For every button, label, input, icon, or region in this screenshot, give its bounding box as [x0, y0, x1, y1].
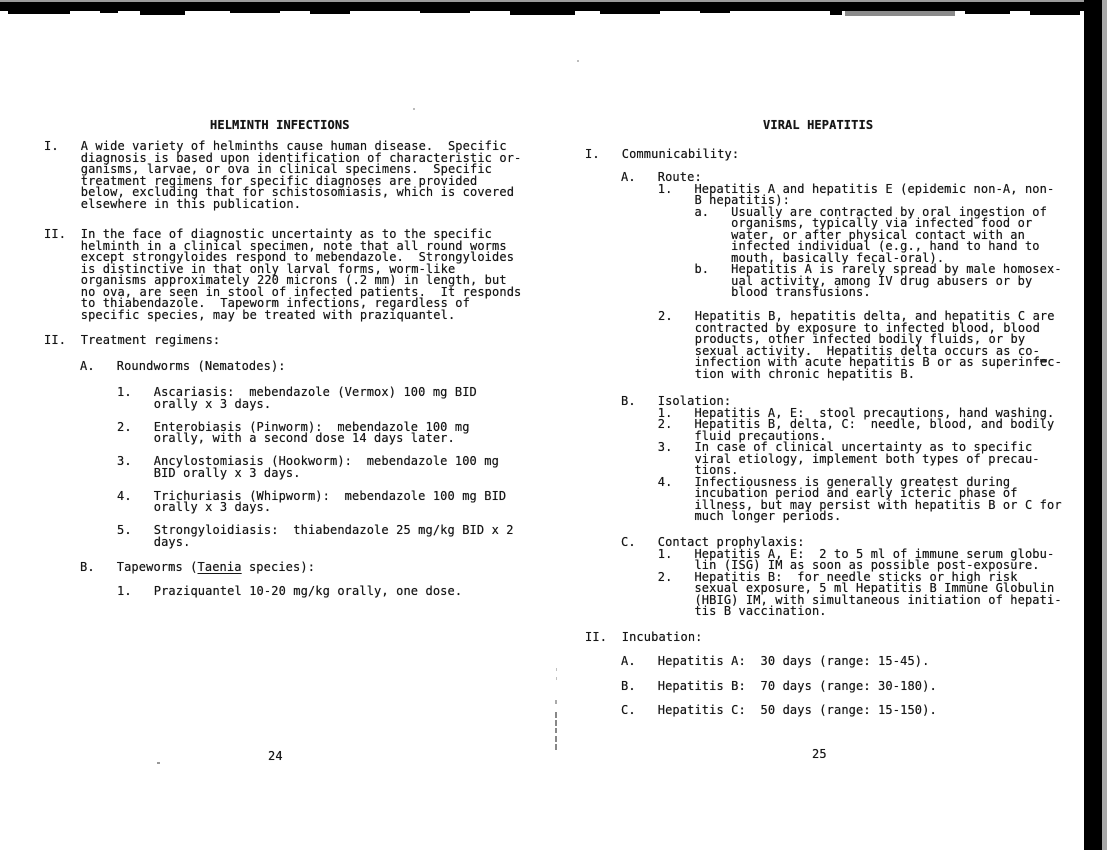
scan-artifact-right-black-bar	[1084, 0, 1102, 850]
scan-artifact-band-tooth	[600, 11, 660, 14]
tapeworms-heading: B. Tapeworms (Taenia species):	[80, 562, 315, 574]
scan-artifact-band-tooth	[510, 11, 575, 15]
right-page-number: 25	[812, 749, 827, 761]
scan-artifact-right-gray-edge	[1102, 0, 1107, 850]
incubation-hepatitis-a: A. Hepatitis A: 30 days (range: 15-45).	[621, 656, 929, 668]
left-page-title: HELMINTH INFECTIONS	[210, 120, 350, 132]
scan-artifact-gutter-dash	[556, 668, 557, 671]
isolation-section: B. Isolation: 1. Hepatitis A, E: stool p…	[621, 396, 1062, 523]
tapeworms-genus-underlined: Taenia	[198, 560, 242, 574]
route-section: A. Route: 1. Hepatitis A and hepatitis E…	[621, 172, 1062, 299]
right-page-title: VIRAL HEPATITIS	[763, 120, 873, 132]
helminth-intro-section: I. A wide variety of helminths cause hum…	[44, 141, 521, 210]
scan-artifact-speck	[577, 60, 579, 62]
scan-artifact-gutter-dash	[555, 720, 557, 726]
scan-artifact-speck	[157, 762, 160, 764]
roundworms-heading: A. Roundworms (Nematodes):	[80, 361, 286, 373]
scan-artifact-band-gray-patch	[845, 11, 955, 16]
scanned-book-spread: { "colors": { "paper": "#ffffff", "ink":…	[0, 0, 1107, 850]
scan-artifact-gutter-dash	[555, 712, 557, 718]
left-page-number: 24	[268, 751, 283, 763]
roundworms-item-list: 1. Ascariasis: mebendazole (Vermox) 100 …	[117, 387, 514, 548]
contact-prophylaxis-section: C. Contact prophylaxis: 1. Hepatitis A, …	[621, 537, 1062, 618]
incubation-hepatitis-c: C. Hepatitis C: 50 days (range: 15-150).	[621, 705, 937, 717]
scan-artifact-gutter-dash	[555, 700, 557, 704]
scan-artifact-gutter-dash	[555, 744, 557, 750]
scan-artifact-band-tooth	[8, 11, 70, 14]
scan-artifact-band-tooth	[140, 11, 185, 15]
scan-artifact-speck	[413, 108, 415, 110]
tapeworms-item: 1. Praziquantel 10-20 mg/kg orally, one …	[117, 586, 462, 598]
scan-artifact-gutter-dash	[556, 677, 557, 680]
scan-artifact-band-tooth	[100, 11, 118, 13]
scan-artifact-band-tooth	[830, 11, 842, 15]
incubation-hepatitis-b: B. Hepatitis B: 70 days (range: 30-180).	[621, 681, 937, 693]
scan-artifact-band-tooth	[1030, 11, 1080, 15]
scan-artifact-gutter-dash	[555, 728, 557, 733]
incubation-heading: II. Incubation:	[585, 632, 703, 644]
hepatitis-b-route-item: 2. Hepatitis B, hepatitis delta, and hep…	[658, 311, 1062, 380]
communicability-heading: I. Communicability:	[585, 149, 739, 161]
scan-artifact-band-tooth	[230, 11, 280, 13]
scan-artifact-gutter-dash	[555, 736, 557, 742]
scan-artifact-band-tooth	[965, 11, 1010, 14]
scan-artifact-band-tooth	[310, 11, 350, 14]
tapeworms-prefix: B. Tapeworms (	[80, 560, 198, 574]
helminth-diagnostic-section: II. In the face of diagnostic uncertaint…	[44, 229, 521, 321]
scan-artifact-band-tooth	[420, 11, 470, 13]
scan-artifact-top-black-band	[0, 2, 1107, 11]
tapeworms-suffix: species):	[242, 560, 315, 574]
scan-artifact-band-tooth	[700, 11, 730, 13]
treatment-regimens-heading: II. Treatment regimens:	[44, 335, 220, 347]
